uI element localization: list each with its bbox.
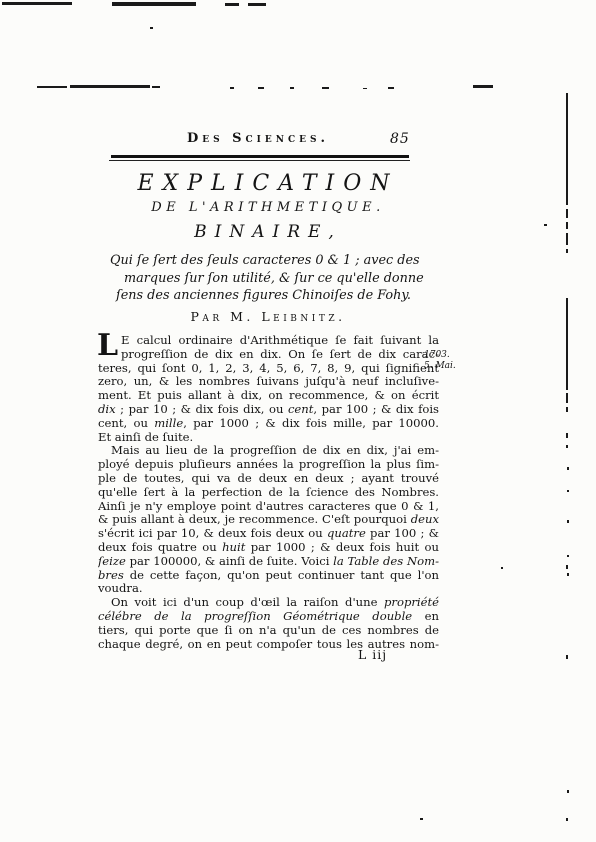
text-line: chaque degré, on en peut compoſer tous l… (98, 638, 439, 652)
article-title-line3: BINAIRE, (98, 222, 438, 242)
page-edge-right (566, 407, 568, 412)
page-edge-right (566, 222, 568, 229)
page-edge-top (37, 86, 67, 88)
page-edge-top (290, 87, 294, 89)
scan-artifact (501, 567, 503, 569)
subtitle: Qui ſe ſert des ſeuls caracteres 0 & 1 ;… (110, 252, 432, 305)
subtitle-line: marques ſur ſon utilité, & ſur ce qu'ell… (110, 270, 432, 288)
header-rule (109, 160, 410, 161)
page-edge-right (567, 490, 569, 492)
scan-artifact (2, 2, 72, 5)
page-edge-top (258, 87, 264, 89)
page-edge-right (567, 467, 569, 470)
text-line: cent, ou mille, par 1000 ; & dix fois mi… (98, 417, 439, 431)
text-line: teres, qui ſont 0, 1, 2, 3, 4, 5, 6, 7, … (98, 362, 439, 376)
page-edge-right (566, 233, 568, 245)
scan-artifact (248, 3, 266, 6)
header-rule (111, 155, 409, 158)
text-line: Et ainſi de ſuite. (98, 431, 439, 445)
page-edge-right (566, 433, 568, 438)
byline: Par M. Leibnitz. (98, 309, 438, 324)
scan-artifact (544, 224, 547, 226)
text-line: deux fois quatre ou huit par 1000 ; & de… (98, 541, 439, 555)
text-line: bres de cette façon, qu'on peut continue… (98, 569, 439, 583)
page-edge-right (566, 209, 568, 218)
page-edge-right (567, 573, 569, 576)
scan-artifact (420, 818, 423, 820)
text-line: Mais au lieu de la progreſſion de dix en… (98, 444, 439, 458)
text-line: progreſſion de dix en dix. On ſe ſert de… (98, 348, 439, 362)
text-line: célébre de la progreſſion Géométrique do… (98, 610, 439, 624)
page-edge-top (322, 87, 329, 89)
page-edge-top (473, 85, 493, 88)
body-text: E calcul ordinaire d'Arithmétique ſe fai… (98, 334, 439, 651)
page-edge-right (566, 393, 568, 403)
page-edge-right (566, 298, 568, 390)
page-edge-right (566, 655, 568, 659)
page-edge-right (567, 790, 569, 793)
text-line: tiers, qui porte que ſi on n'a qu'un de … (98, 624, 439, 638)
page-edge-top (70, 85, 150, 88)
running-title: Des Sciences. (98, 131, 418, 146)
page-edge-right (567, 520, 569, 523)
page-number: 85 (390, 131, 420, 147)
text-line: qu'elle ſert à la perfection de la ſcien… (98, 486, 439, 500)
page-edge-top (388, 87, 394, 89)
text-line: Ainſi je n'y employe point d'autres cara… (98, 500, 439, 514)
text-line: ployé depuis pluſieurs années la progreſ… (98, 458, 439, 472)
page-edge-right (566, 818, 568, 821)
text-line: zero, un, & les nombres ſuivans juſqu'à … (98, 375, 439, 389)
article-title: EXPLICATION (98, 171, 438, 196)
text-line: On voit ici d'un coup d'œil la raiſon d'… (98, 596, 439, 610)
scan-artifact (112, 2, 196, 6)
text-line: E calcul ordinaire d'Arithmétique ſe fai… (98, 334, 439, 348)
article-title-line2: DE L'ARITHMETIQUE. (98, 200, 438, 215)
margin-note: 1703. 5. Mai. (424, 350, 472, 371)
margin-note-day: 5. Mai. (424, 361, 472, 372)
subtitle-line: Qui ſe ſert des ſeuls caracteres 0 & 1 ;… (110, 252, 432, 270)
margin-note-year: 1703. (424, 350, 472, 361)
subtitle-line: ſens des anciennes figures Chinoiſes de … (110, 287, 432, 305)
page-edge-right (567, 555, 569, 557)
text-line: ſeize par 100000, & ainſi de ſuite. Voic… (98, 555, 439, 569)
page-edge-top (152, 86, 160, 88)
text-line: ment. Et puis allant à dix, on recommenc… (98, 389, 439, 403)
text-line: & puis allant à deux, je recommence. C'e… (98, 513, 439, 527)
scan-artifact (150, 27, 153, 29)
scan-artifact (225, 3, 239, 6)
page-edge-right (566, 565, 568, 569)
text-line: dix ; par 10 ; & dix fois dix, ou cent, … (98, 403, 439, 417)
text-line: s'écrit ici par 10, & deux fois deux ou … (98, 527, 439, 541)
page-edge-top (363, 88, 367, 89)
text-line: voudra. (98, 582, 439, 596)
signature-mark: L iij (358, 647, 387, 662)
page-edge-right (566, 445, 568, 448)
page-edge-top (230, 87, 234, 89)
scanned-document-page: Des Sciences. 85 EXPLICATION DE L'ARITHM… (0, 0, 596, 842)
text-line: ple de toutes, qui va de deux en deux ; … (98, 472, 439, 486)
page-edge-right (566, 249, 568, 253)
page-edge-right (566, 93, 568, 205)
